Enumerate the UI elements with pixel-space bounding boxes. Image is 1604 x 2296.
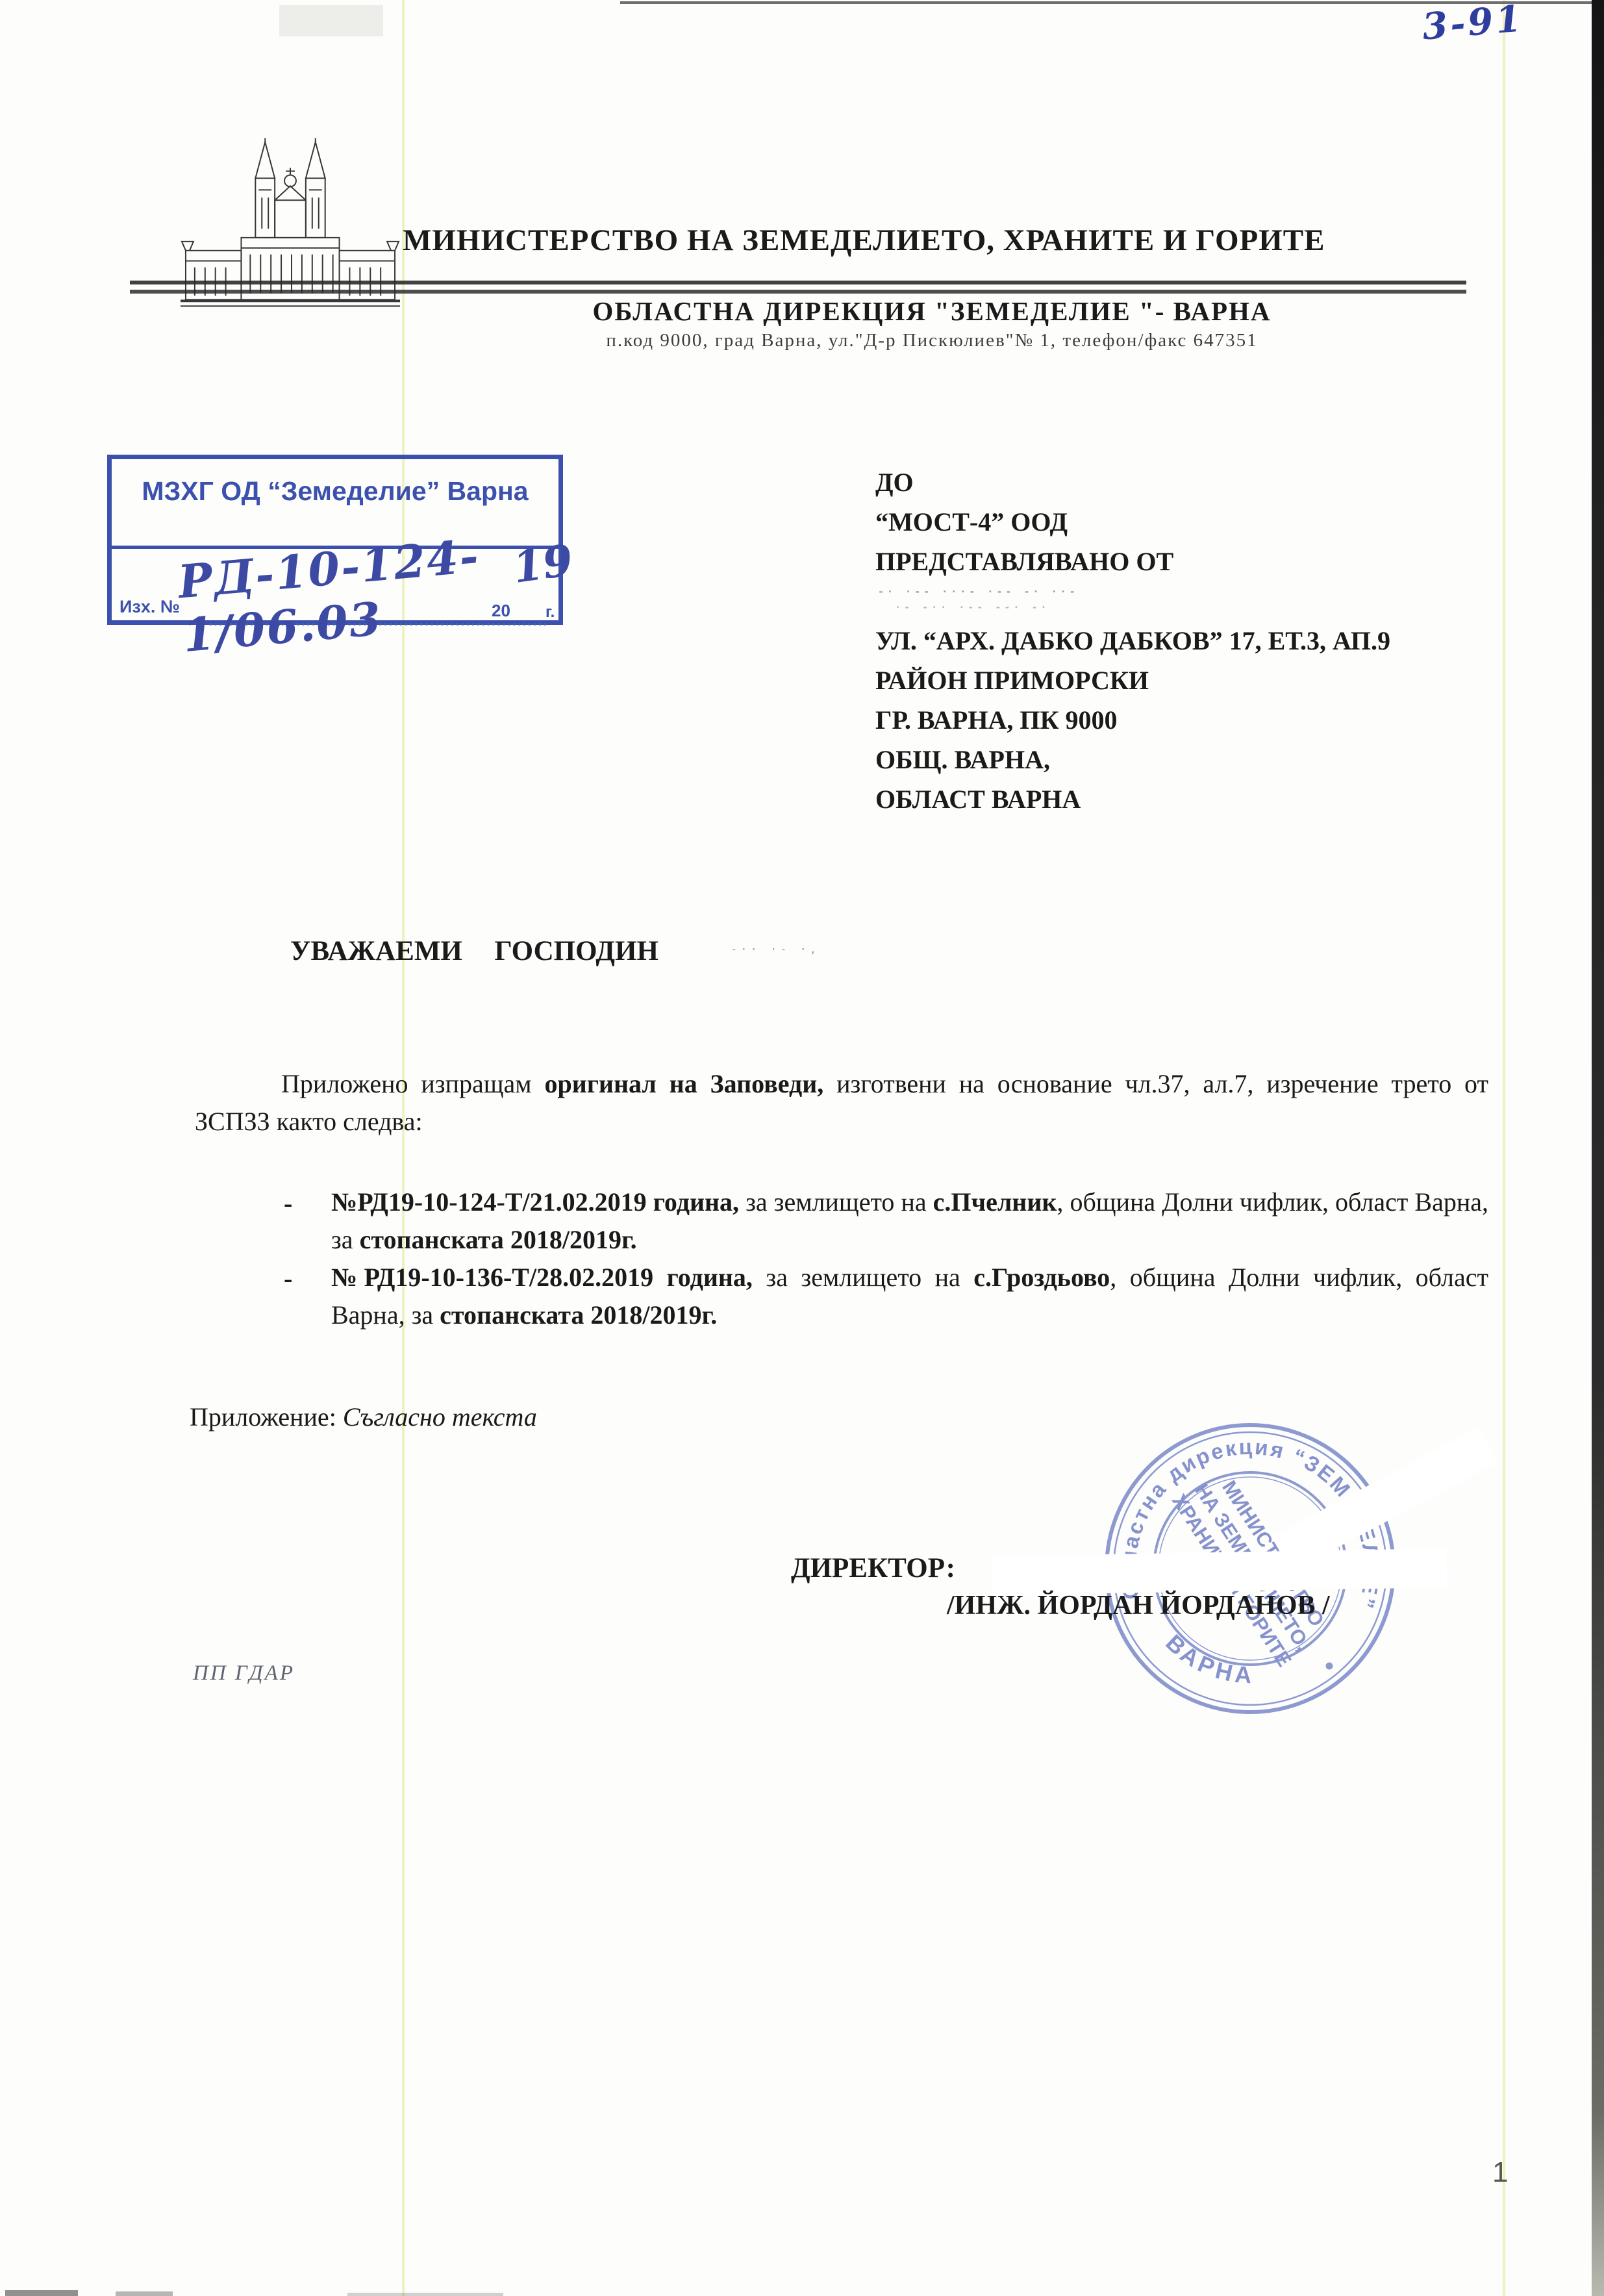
recipient-line-district: РАЙОН ПРИМОРСКИ xyxy=(875,661,1564,700)
attachment-line: Приложение: Съгласно текста xyxy=(190,1402,537,1432)
season-1: стопанската 2018/2019г. xyxy=(360,1225,637,1254)
header-double-rule xyxy=(130,281,1466,294)
scan-artifact-bottom-smudge-1 xyxy=(5,2290,78,2296)
recipient-line-region: ОБЛАСТ ВАРНА xyxy=(875,779,1564,819)
scan-artifact-right-edge-band xyxy=(1592,0,1604,2296)
season-2: стопанската 2018/2019г. xyxy=(440,1300,717,1330)
recipient-block: ДО “МОСТ-4” ООД ПРЕДСТАВЛЯВАНО ОТ -· ·--… xyxy=(875,462,1564,819)
svg-text:ВАРНА: ВАРНА xyxy=(1160,1629,1256,1688)
registry-stamp-year-handwritten: 19 xyxy=(510,535,576,593)
bullet-item-2: №РД19-10-136-Т/28.02.2019 година, за зем… xyxy=(331,1259,1488,1334)
registry-stamp-year-prefix: 20 xyxy=(492,601,510,621)
registry-stamp-year-suffix: г. xyxy=(545,603,555,622)
seal-ring-bottom-text: ВАРНА xyxy=(1160,1629,1256,1688)
village-1: с.Пчелник xyxy=(933,1187,1057,1217)
recipient-line-company: “МОСТ-4” ООД xyxy=(875,502,1564,542)
body-seg-bold: оригинал на Заповеди, xyxy=(544,1069,823,1098)
attachment-value: Съгласно текста xyxy=(343,1402,537,1432)
bullet-1-text: за землището на xyxy=(739,1187,933,1217)
bullet-2-text: за землището на xyxy=(753,1263,973,1292)
director-title: ДИРЕКТОР: xyxy=(791,1552,955,1584)
scan-artifact-bottom-smudge-3 xyxy=(347,2293,503,2296)
page-number: 1 xyxy=(1492,2156,1508,2189)
attachment-label: Приложение: xyxy=(190,1402,343,1432)
recipient-line-to: ДО xyxy=(875,462,1564,502)
scan-artifact-yellow-line-right xyxy=(1503,0,1505,2296)
body-seg-regular: Приложено изпращам xyxy=(281,1069,544,1098)
recipient-line-city: ГР. ВАРНА, ПК 9000 xyxy=(875,700,1564,740)
body-paragraph: Приложено изпращам оригинал на Заповеди,… xyxy=(195,1065,1488,1141)
registry-stamp-number-handwritten: РД-10-124-1/06.03 xyxy=(176,522,562,662)
village-2: с.Гроздьово xyxy=(973,1263,1110,1292)
director-name: /ИНЖ. ЙОРДАН ЙОРДАНОВ / xyxy=(947,1590,1330,1621)
ministry-title: МИНИСТЕРСТВО НА ЗЕМЕДЕЛИЕТО, ХРАНИТЕ И Г… xyxy=(403,223,1325,258)
salutation-redacted-name: -·· ·- ·, xyxy=(731,943,820,956)
recipient-redacted-name: -· ·-- ···- ·-- -· ··- ·- -·· ·-- --· -· xyxy=(875,581,1564,621)
order-number-1: №РД19-10-124-Т/21.02.2019 година, xyxy=(331,1187,739,1217)
bullet-marker-1: - xyxy=(284,1185,292,1222)
directorate-address: п.код 9000, град Варна, ул."Д-р Пискюлие… xyxy=(403,330,1461,351)
handwritten-corner-note: 3-91 xyxy=(1420,0,1525,49)
salutation: УВАЖАЕМИ ГОСПОДИН xyxy=(290,935,658,967)
registry-stamp-field-label: Изх. № xyxy=(119,597,180,617)
bullet-marker-2: - xyxy=(284,1260,292,1298)
order-number-2: №РД19-10-136-Т/28.02.2019 година, xyxy=(331,1263,753,1292)
redaction-strip-horizontal xyxy=(992,1548,1447,1595)
scan-artifact-bottom-smudge-2 xyxy=(116,2291,173,2296)
recipient-line-street: УЛ. “АРХ. ДАБКО ДАБКОВ” 17, ЕТ.3, АП.9 xyxy=(875,621,1564,661)
scanned-letter-page: 3-91 xyxy=(0,0,1604,2296)
scan-artifact-top-smudge xyxy=(279,5,383,36)
bullet-item-1: №РД19-10-124-Т/21.02.2019 година, за зем… xyxy=(331,1183,1488,1259)
recipient-line-represented-by: ПРЕДСТАВЛЯВАНО ОТ xyxy=(875,542,1564,581)
registry-stamp-box: МЗХГ ОД “Земеделие” Варна Изх. № РД-10-1… xyxy=(107,455,563,625)
recipient-line-municipality: ОБЩ. ВАРНА, xyxy=(875,740,1564,779)
registry-stamp-title: МЗХГ ОД “Земеделие” Варна xyxy=(112,476,558,507)
directorate-title: ОБЛАСТНА ДИРЕКЦИЯ "ЗЕМЕДЕЛИЕ "- ВАРНА xyxy=(403,296,1461,327)
clerk-initials: ПП ГДАР xyxy=(193,1661,295,1685)
